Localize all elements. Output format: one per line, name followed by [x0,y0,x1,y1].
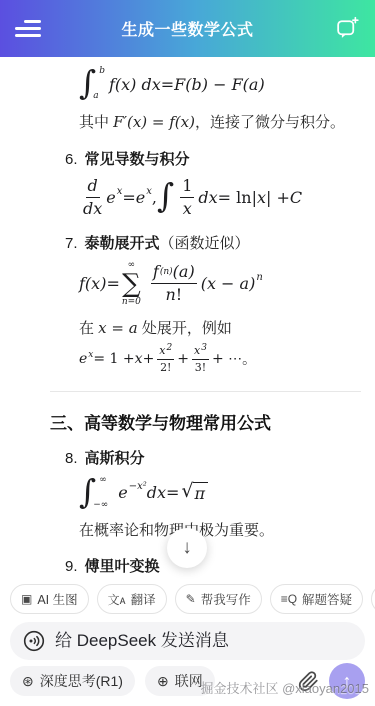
heading-text: 泰勒展开式 [85,235,160,252]
text-run: 在 [79,320,98,337]
math-text: ! [176,285,182,305]
quick-action-solve[interactable]: ≡Q解题答疑 [270,584,363,614]
math-text: = ln [218,188,252,207]
translate-icon: 文ᴀ [108,591,126,608]
math-text: x [257,188,266,207]
math-text: x [183,199,192,219]
quick-action-translate[interactable]: 文ᴀ翻译 [97,584,167,614]
heading-text: 傅里叶变换 [85,558,160,575]
math-text: x [159,344,165,358]
atom-icon: ⊛ [22,673,34,690]
list-number: 9. [65,558,78,575]
paragraph: 在 x = a 处展开，例如 [79,317,361,341]
summation-sign: ∞∑n=0 [122,260,141,309]
deep-think-label: 深度思考(R1) [40,671,123,691]
list-item-heading: 9.傅里叶变换 [65,555,361,576]
math-text: dx [198,188,217,207]
math-text: C [290,188,302,207]
list-item-heading: 6.常见导数与积分 [65,148,361,169]
math-text: = [166,483,179,502]
web-search-label: 联网 [175,671,203,691]
quick-actions-row: ▣AI 生图文ᴀ翻译✎帮我写作≡Q解题答疑♪ [0,584,375,616]
radicand: π [193,482,209,503]
fraction: f(n)(a)n! [151,262,197,305]
integral-glyph: ∫ [157,179,174,215]
web-search-toggle[interactable]: ⊕ 联网 [145,666,215,696]
math-text: + [143,351,155,367]
math-text: x [135,351,143,367]
fraction: 1x [180,176,194,219]
message-input-bar [10,622,365,660]
math-text: e [136,188,145,207]
math-text: (a) [173,262,195,282]
math-text: = [122,188,135,207]
inline-math: x = a [98,319,138,337]
math-text: (x − a) [201,274,256,293]
text-run: ，连接了微分与积分。 [195,114,345,131]
superscript: x [146,186,152,197]
list-number: 8. [65,450,78,467]
superscript: 3 [201,343,207,354]
globe-icon: ⊕ [157,673,169,690]
upper-limit: ∞ [99,475,114,486]
math-text: dx [83,199,102,219]
paperclip-icon[interactable] [298,671,319,692]
math-text: f(x) dx [109,75,161,94]
solve-icon: ≡Q [281,592,297,606]
numerator: f(n)(a) [151,262,197,284]
math-text: + ⋯ [212,351,242,367]
paragraph: 其中 F′(x) = f(x)，连接了微分与积分。 [79,111,361,135]
heading-text: 常见导数与积分 [85,151,190,168]
text-run: 处展开，例如 [138,320,232,337]
superscript: −x² [129,481,147,492]
denominator: dx [83,198,102,219]
inline-math: F′(x) = f(x) [113,113,195,131]
denominator: n! [165,284,182,305]
math-text: = [106,274,119,293]
superscript: x [117,186,123,197]
text-run: 其中 [79,114,113,131]
formula-block: ∫∞−∞e−x² dx = √π [79,475,361,511]
numerator: x3 [192,344,209,360]
quick-action-ai-image[interactable]: ▣AI 生图 [10,584,89,614]
math-text: = [161,75,174,94]
page-title: 生成一些数学公式 [121,17,253,40]
denominator: 2! [160,360,171,375]
quick-action-label: 解题答疑 [302,590,352,608]
denominator: x [183,198,192,219]
upper-limit: b [99,66,105,77]
send-button[interactable]: ↑ [329,663,365,699]
integral-sign: ∫ba [79,66,107,102]
math-text: e [118,483,127,502]
new-chat-icon[interactable] [334,16,360,42]
denominator: 3! [195,360,206,375]
math-text: 2! [160,361,171,375]
lower-limit: n=0 [122,297,141,308]
heading-text: 高斯积分 [85,450,145,467]
math-text: 1 [182,176,192,196]
math-text: dx [147,483,166,502]
math-text: = 1 + [93,351,134,367]
math-text: F(b) − F(a) [174,75,265,94]
math-text: 。 [242,349,256,369]
math-text: f(x) [79,274,106,293]
quick-action-music[interactable]: ♪ [371,584,375,614]
numerator: 1 [180,176,194,198]
math-text: | + [266,188,290,207]
paragraph: 在概率论和物理中极为重要。 [79,520,361,543]
quick-action-label: 翻译 [131,590,156,608]
menu-icon[interactable] [15,20,41,37]
quick-action-label: AI 生图 [37,590,77,608]
lower-limit: a [93,91,99,102]
sigma-glyph: ∑ [122,271,141,297]
scroll-to-bottom-button[interactable]: ↓ [167,528,207,568]
ai-image-icon: ▣ [21,592,32,606]
math-text: e [79,351,87,367]
math-text: d [88,176,98,196]
square-root: √π [181,482,208,503]
formula-block: f(x) = ∞∑n=0f(n)(a)n!(x − a)n [79,260,361,309]
math-text: f [153,262,159,282]
deepseek-chat-page: 生成一些数学公式 ∫baf(x) dx = F(b) − F(a)其中 F′(x… [0,0,375,706]
superscript: n [256,272,262,283]
formula-block: ddxex = ex, ∫1x dx = ln |x| + C [79,176,361,219]
math-text: n [165,285,175,305]
composer-controls: ⊛ 深度思考(R1) ⊕ 联网 ↑ [10,662,365,700]
fraction: ddx [83,176,102,219]
section-heading: 三、高等数学与物理常用公式 [50,409,361,434]
math-text: 3! [195,361,206,375]
formula-block: ex = 1 + x + x22! + x33! + ⋯。 [79,344,361,375]
math-text: e [106,188,115,207]
superscript: x [88,350,93,360]
quick-action-label: 帮我写作 [201,590,251,608]
message-input[interactable] [55,631,353,651]
divider [50,391,361,392]
superscript: 2 [167,343,173,354]
integral-sign: ∫ [157,179,174,215]
list-item-heading: 8.高斯积分 [65,447,361,468]
chat-content[interactable]: ∫baf(x) dx = F(b) − F(a)其中 F′(x) = f(x)，… [0,57,375,584]
fraction: x33! [192,344,209,375]
numerator: d [86,176,100,198]
arrow-up-icon: ↑ [343,671,352,692]
app-bar: 生成一些数学公式 [0,0,375,57]
formula-block: ∫baf(x) dx = F(b) − F(a) [79,66,361,102]
list-number: 7. [65,235,78,252]
numerator: x2 [157,344,174,360]
write-icon: ✎ [186,592,196,606]
integral-limits: ba [96,66,102,102]
list-item-heading: 7.泰勒展开式（函数近似） [65,232,361,253]
superscript: (n) [160,267,173,278]
list-number: 6. [65,151,78,168]
voice-icon[interactable] [22,629,46,653]
integral-sign: ∫∞−∞ [79,475,116,511]
lower-limit: −∞ [93,500,108,511]
quick-action-write[interactable]: ✎帮我写作 [175,584,262,614]
integral-limits: ∞−∞ [96,475,111,511]
math-text: + [177,351,189,367]
heading-suffix: （函数近似） [160,235,250,252]
fraction: x22! [157,344,174,375]
math-text: x [194,344,200,358]
arrow-down-icon: ↓ [182,537,192,559]
deep-think-toggle[interactable]: ⊛ 深度思考(R1) [10,666,135,696]
